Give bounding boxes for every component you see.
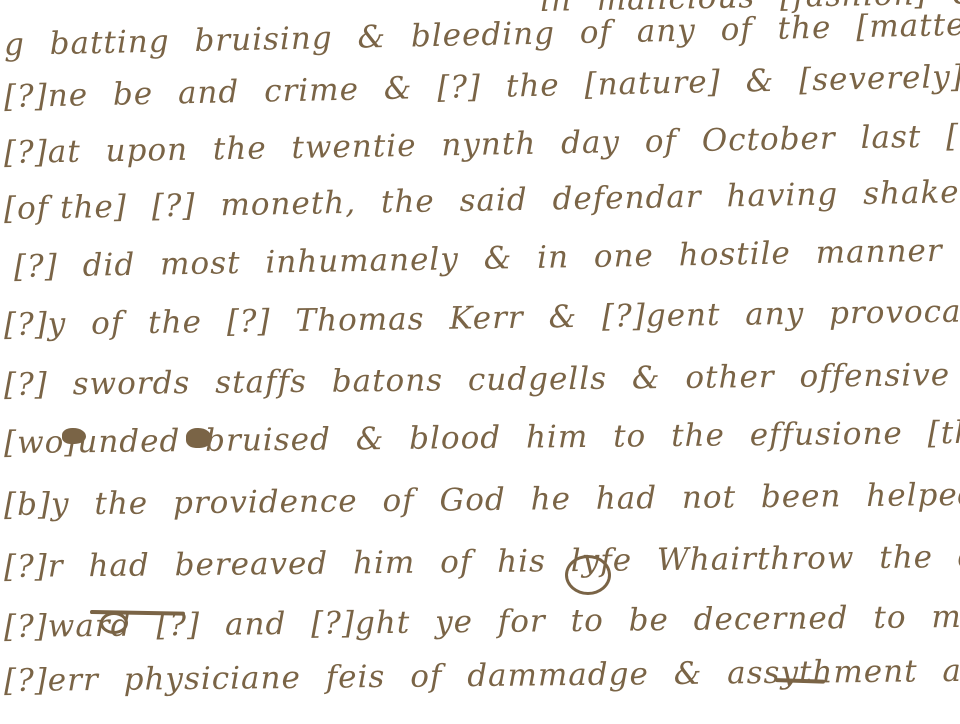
manuscript-word: [?] [437,72,481,104]
manuscript-word: the [213,133,267,165]
manuscript-word: the [94,488,148,520]
manuscript-line-5: [?] did most inhumanely & in one hostile… [14,233,960,283]
manuscript-word: of [645,126,678,158]
manuscript-word: & [745,66,774,98]
manuscript-word: of [410,661,442,692]
manuscript-word: of [91,308,124,339]
manuscript-word: [?]gent [602,300,721,333]
manuscript-word: [thereof] [927,417,960,450]
manuscript-line-2: [?]ne be and crime & [?] the [nature] & … [4,56,960,113]
manuscript-word: Whairthrow [657,543,855,576]
manuscript-word: make [931,601,960,633]
manuscript-word: one [594,241,655,273]
manuscript-word: the [777,13,831,45]
manuscript-word: [matter] [856,9,960,43]
manuscript-line-3: [?]at upon the twentie nynth day of Octo… [4,119,960,169]
manuscript-word: be [628,605,669,636]
manuscript-word: other [685,362,775,394]
manuscript-word: batting [49,27,170,61]
manuscript-word: & [356,424,385,455]
manuscript-word: not [682,482,736,514]
manuscript-word: swords [73,368,191,400]
manuscript-word: in [540,0,572,17]
manuscript-word: moneth, [220,188,356,221]
manuscript-word: any [745,299,804,331]
manuscript-word: bruising [194,23,333,57]
manuscript-word: in [537,242,569,274]
manuscript-word: October [702,123,836,156]
manuscript-word: to [873,603,906,634]
manuscript-word: God [439,485,506,517]
ink-flourish-loop [100,612,128,634]
manuscript-word: of [382,486,414,517]
manuscript-word: said [459,185,528,217]
manuscript-word: [b]y [4,489,70,521]
manuscript-line-7: [?] swords staffs batons cudgells & othe… [4,358,960,401]
manuscript-line-12: [?]err physiciane feis of dammadge & ass… [4,655,960,697]
manuscript-word: for [498,606,546,638]
manuscript-word: most [160,248,241,280]
manuscript-word: inhumanely [265,244,459,278]
manuscript-word: physiciane [123,663,301,696]
manuscript-word: batons [332,365,444,397]
manuscript-word: bruised [205,425,331,457]
manuscript-word: upon [105,135,188,167]
manuscript-word: him [526,422,589,454]
manuscript-word: [?]ght [311,608,410,640]
manuscript-word: assythment [727,656,918,689]
manuscript-word: crime [264,75,359,108]
manuscript-word: [?]ne [4,80,89,113]
manuscript-word: [?]r [4,551,64,583]
manuscript-word: the [148,307,202,339]
manuscript-word: any [636,16,696,48]
manuscript-word: had [88,550,150,582]
manuscript-word: [wo]unded [4,426,181,459]
manuscript-word: feis [326,662,386,694]
manuscript-word: defendar [552,182,702,216]
manuscript-word: ye [435,607,473,638]
manuscript-line-8: [wo]unded bruised & blood him to the eff… [4,413,960,459]
manuscript-word: & [674,659,703,690]
manuscript-word: and [942,656,960,688]
ink-blot [186,428,212,448]
manuscript-word: manner [815,236,943,269]
manuscript-word: g [4,30,26,61]
manuscript-word: last [860,122,921,154]
manuscript-word: the [381,186,435,218]
manuscript-word: Kerr [449,303,524,335]
manuscript-word: [?] [14,251,58,283]
manuscript-word: effusione [750,419,903,452]
manuscript-word: be [113,79,154,111]
manuscript-line-4: [of the] [?] moneth, the said defendar h… [4,173,960,225]
manuscript-word: of [440,547,472,578]
manuscript-word: & [632,363,661,394]
manuscript-word: he [530,484,571,515]
manuscript-word: of [580,17,613,49]
manuscript-word: the [671,420,725,452]
manuscript-word: & [383,73,412,105]
manuscript-page: in malicious [fashion] & [?] g batting b… [0,0,960,724]
manuscript-word: [?] [4,370,48,401]
manuscript-line-9: [b]y the providence of God he had not be… [4,477,960,521]
manuscript-word: him [353,548,416,580]
manuscript-word: did [82,250,135,282]
manuscript-word: [severely] [799,62,960,96]
manuscript-word: [?] [946,121,960,153]
manuscript-word: to [570,606,603,637]
manuscript-word: having [726,179,838,212]
manuscript-word: and [225,609,287,641]
manuscript-word: staffs [215,367,307,399]
manuscript-line-6: [?]y of the [?] Thomas Kerr & [?]gent an… [4,293,960,341]
manuscript-word: Thomas [295,304,425,337]
manuscript-word: the [506,70,560,102]
manuscript-word: had [596,483,658,515]
manuscript-word: [of the] [4,192,127,225]
manuscript-word: [?] [152,191,196,223]
manuscript-word: [?] [227,306,271,338]
manuscript-word: twentie [291,131,417,164]
manuscript-word: cudgells [468,364,607,396]
manuscript-word: decerned [694,603,849,636]
manuscript-line-10: [?]r had bereaved him of his lyfe Whairt… [4,540,960,583]
manuscript-word: been [761,481,842,513]
manuscript-word: [nature] [584,67,721,101]
manuscript-word: offensive [799,360,950,393]
manuscript-word: day [561,127,620,159]
manuscript-word: the [879,542,933,574]
manuscript-word: of [720,14,753,46]
manuscript-word: [?]y [4,309,67,341]
manuscript-line-1: g batting bruising & bleeding of any of … [4,5,960,61]
manuscript-line-11: [?]ward [?] and [?]ght ye for to be dece… [4,599,960,643]
manuscript-word: helped [866,480,960,512]
manuscript-word: bleeding [411,18,556,52]
manuscript-word: & [357,22,386,54]
manuscript-word: blood [409,423,501,455]
manuscript-word: & [483,243,512,274]
manuscript-word: dammadge [467,659,649,692]
manuscript-word: provocatione [829,295,960,329]
manuscript-word: hostile [678,238,791,271]
manuscript-word: his [497,546,546,578]
manuscript-word: nynth [441,129,536,162]
manuscript-word: & [548,302,577,333]
manuscript-word: [?]err [4,665,99,697]
manuscript-word: to [613,421,646,452]
ink-flourish-loop [565,555,611,595]
manuscript-word: [?]at [4,137,81,169]
manuscript-word: providence [173,486,358,519]
ink-blot [62,428,86,444]
manuscript-word: and [178,77,240,109]
manuscript-word: bereaved [174,549,328,582]
manuscript-word: shaken [863,177,960,210]
